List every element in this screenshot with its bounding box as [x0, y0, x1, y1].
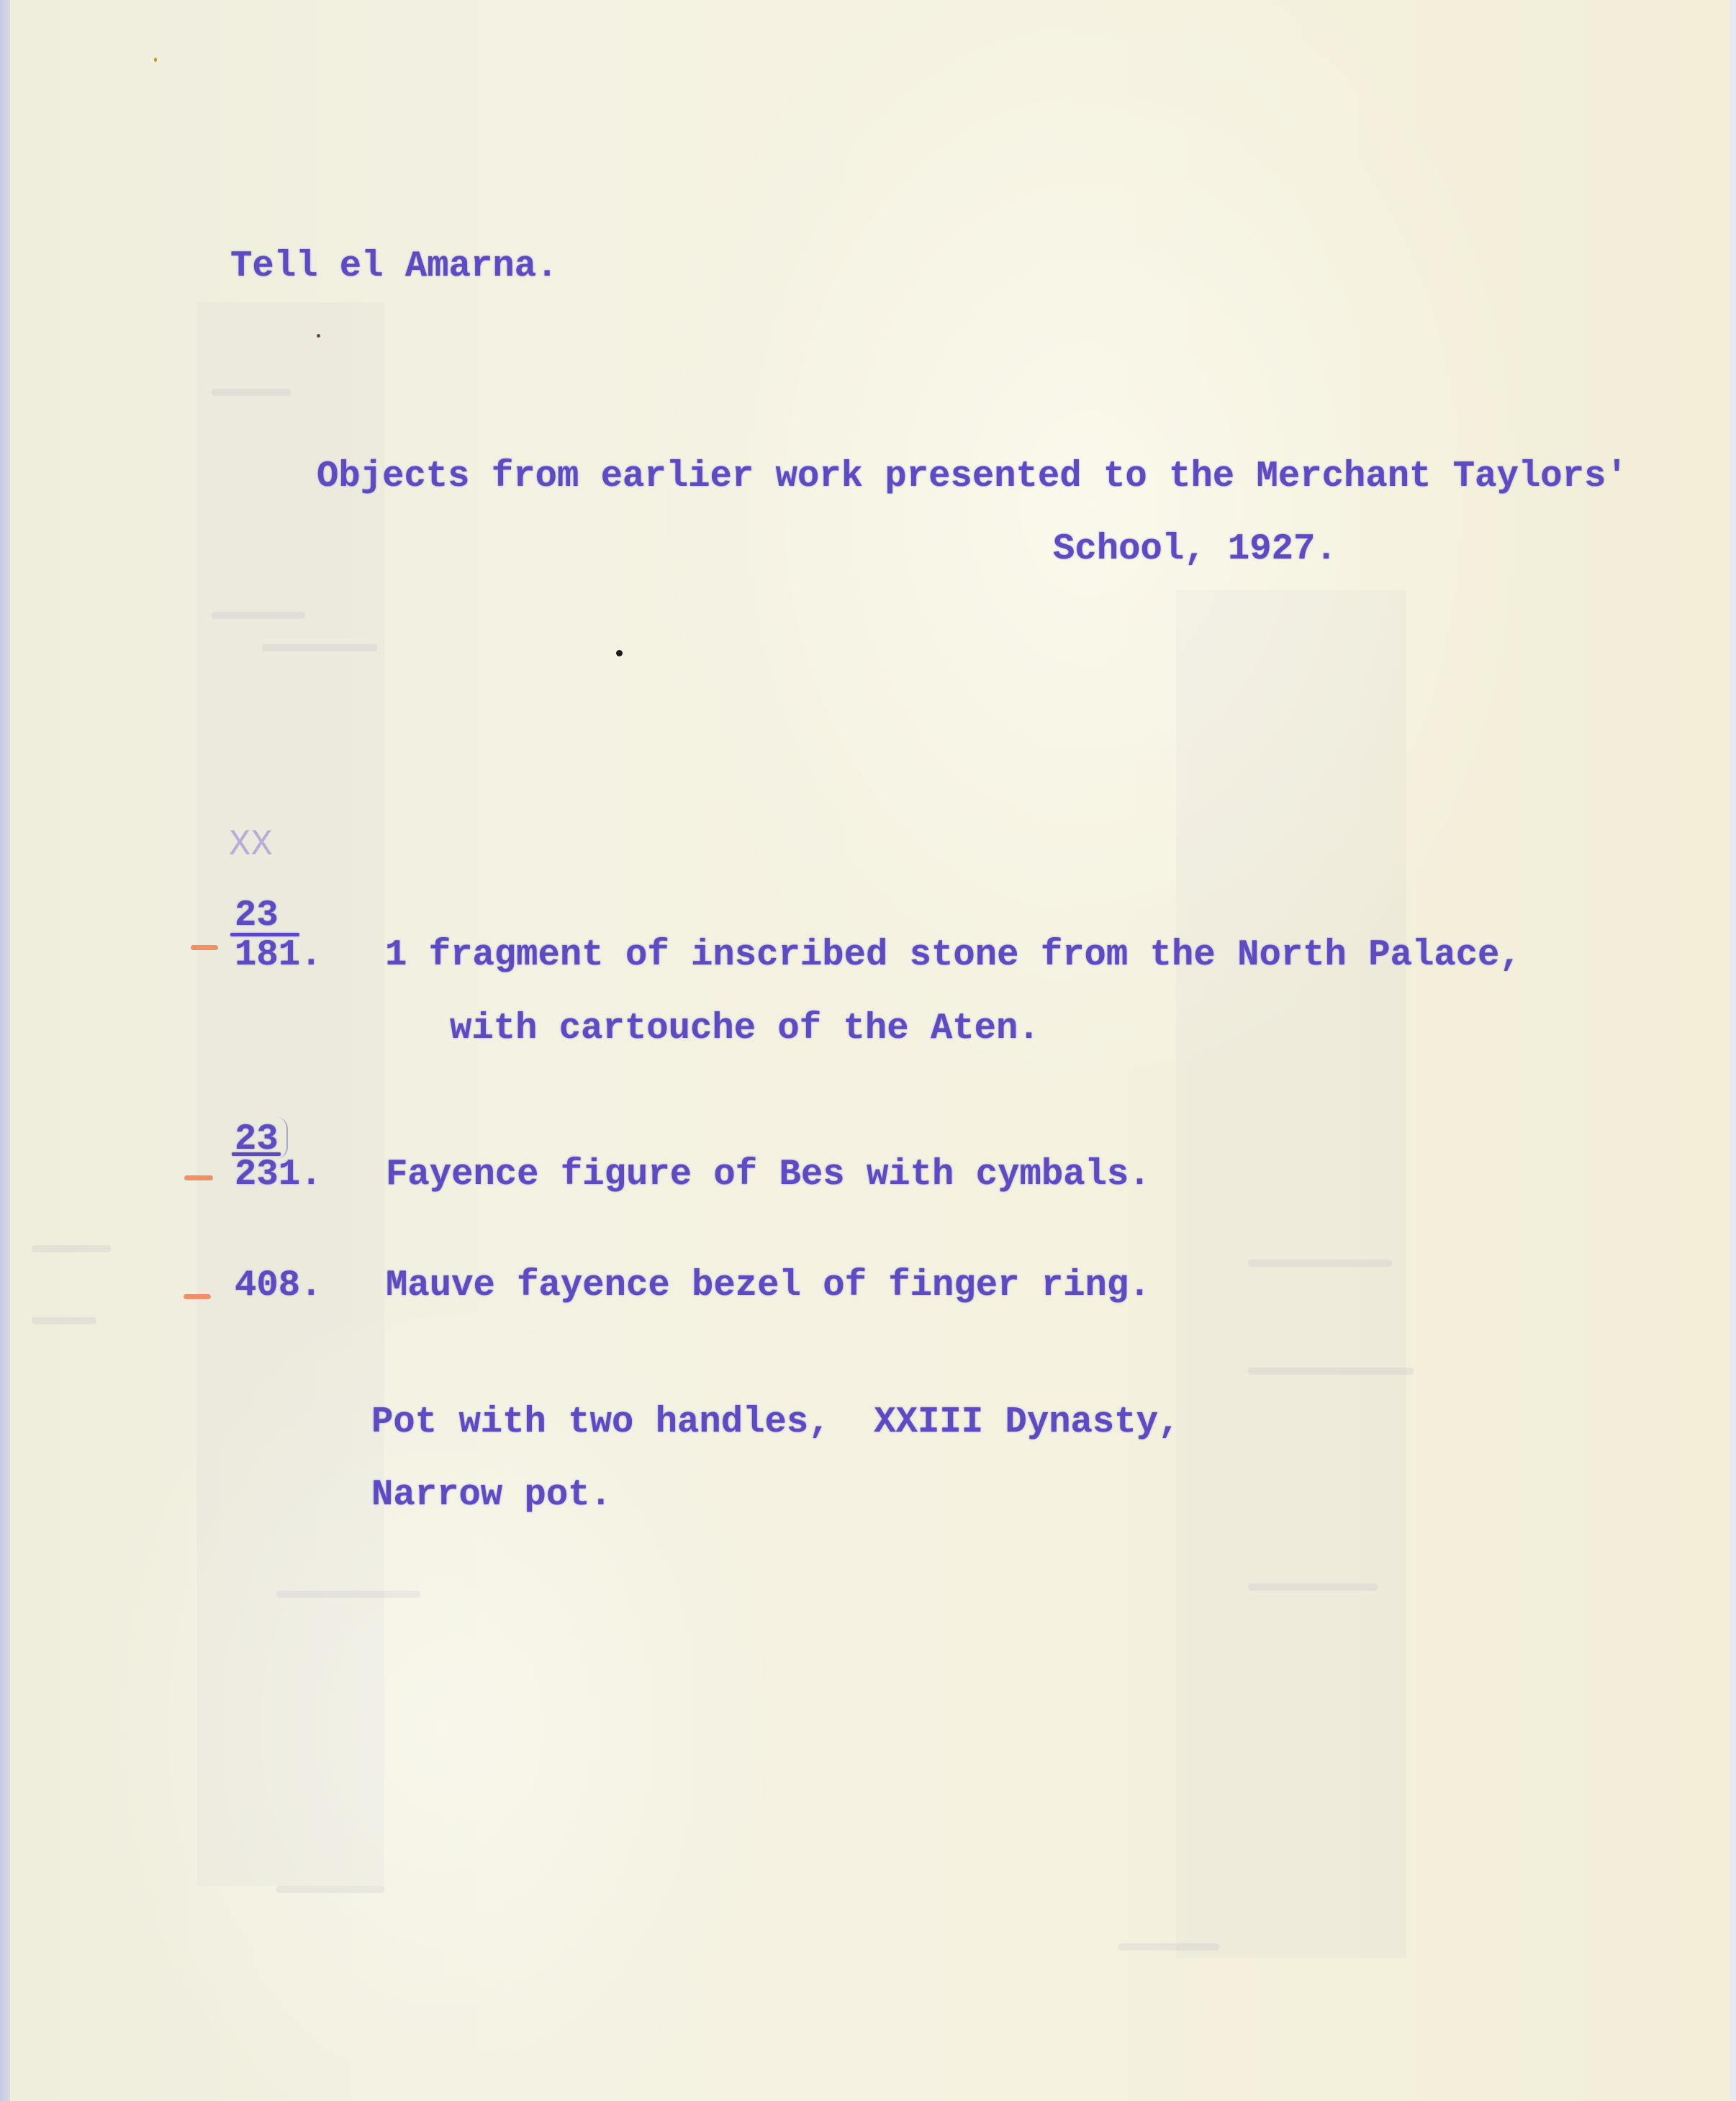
- paper-speck: [154, 58, 157, 62]
- entry-3-number: 408.: [235, 1268, 322, 1305]
- place-heading: Tell el Amarna.: [230, 249, 558, 286]
- paper-speck: [317, 334, 320, 338]
- scan-edge-right: [1730, 0, 1736, 2101]
- entry-1-description-line-2: with cartouche of the Aten.: [450, 1011, 1040, 1048]
- bleed-through-mark: [276, 1591, 420, 1598]
- typed-document-page: [10, 0, 1730, 2101]
- entry-3-red-tick: [184, 1294, 211, 1299]
- ink-dot: [616, 650, 623, 656]
- struck-mark: XX: [229, 828, 273, 864]
- entry-2-number: 231.: [235, 1157, 322, 1194]
- entry-1-fraction-top: 23: [235, 898, 279, 935]
- bleed-through-mark: [276, 1886, 384, 1893]
- bleed-through-mark: [212, 389, 291, 396]
- bleed-through-mark: [1248, 1368, 1414, 1375]
- entry-3-description: Mauve fayence bezel of finger ring.: [386, 1268, 1151, 1305]
- bleed-through-mark: [1248, 1583, 1378, 1591]
- bleed-through-mark: [32, 1317, 96, 1324]
- item-narrow-pot: Narrow pot.: [371, 1478, 612, 1514]
- bleed-through-mark: [262, 644, 377, 651]
- entry-1-number: 181.: [235, 938, 322, 975]
- bleed-through-column: [1176, 590, 1406, 1958]
- bleed-through-column: [197, 302, 384, 1886]
- bleed-through-mark: [1118, 1943, 1219, 1951]
- title-line-2: School, 1927.: [1053, 532, 1337, 569]
- entry-2-red-tick: [184, 1175, 213, 1180]
- entry-1-red-tick: [191, 945, 218, 950]
- bleed-through-mark: [32, 1245, 111, 1252]
- bleed-through-mark: [1248, 1260, 1392, 1267]
- entry-2-description: Fayence figure of Bes with cymbals.: [386, 1157, 1151, 1194]
- entry-1-description-line-1: 1 fragment of inscribed stone from the N…: [385, 938, 1522, 975]
- bleed-through-mark: [212, 612, 305, 619]
- item-pot-two-handles: Pot with two handles, XXIII Dynasty,: [371, 1405, 1180, 1442]
- scan-edge-left: [0, 0, 10, 2101]
- title-line-1: Objects from earlier work presented to t…: [317, 459, 1628, 496]
